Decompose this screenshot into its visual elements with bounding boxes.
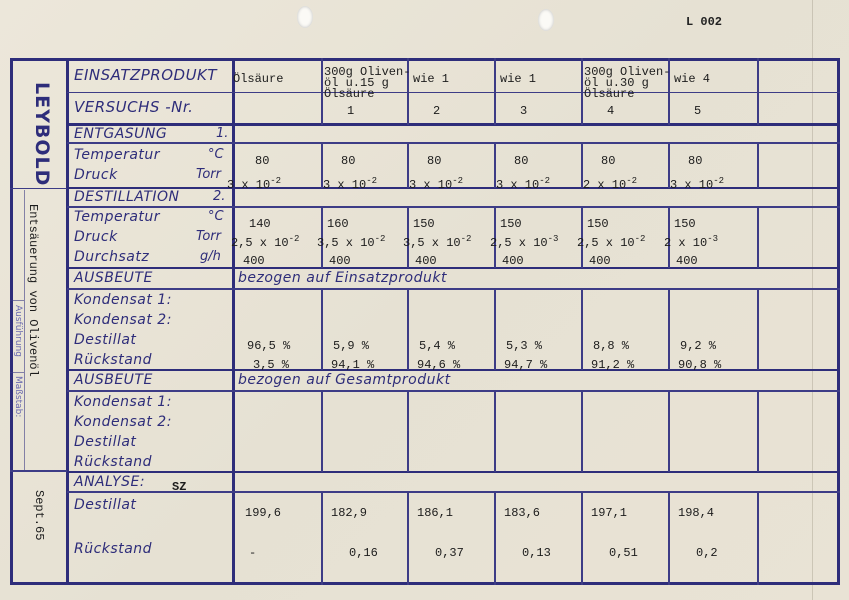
cell-sz-destillat: 182,9: [331, 508, 367, 519]
label-ausbeute: AUSBEUTE: [74, 372, 153, 388]
label-ausbeute: AUSBEUTE: [74, 270, 153, 286]
column-line: [581, 391, 583, 472]
cell-sz-rueckstand: 0,2: [696, 548, 718, 559]
column-line: [321, 289, 323, 370]
cell-durchsatz: 400: [502, 256, 524, 267]
row-line: [67, 92, 840, 93]
label-rueckstand: Rückstand: [74, 454, 152, 470]
label-destillation-num: 2.: [213, 189, 225, 204]
column-line: [757, 58, 759, 125]
label-destillat: Destillat: [74, 497, 136, 513]
divider: [24, 190, 25, 470]
note-bezogen-einsatz: bezogen auf Einsatzprodukt: [238, 270, 447, 286]
cell-einsatzprodukt: wie 4: [674, 74, 710, 85]
label-analyse: ANALYSE:: [74, 474, 145, 490]
cell-ausbeute-destillat: 5,3 %: [506, 341, 542, 352]
column-line: [757, 289, 759, 370]
label-kondensat-2: Kondensat 2:: [74, 414, 172, 430]
cell-ausbeute-rueckstand: 90,8 %: [678, 360, 721, 371]
cell-einsatzprodukt: 300g Oliven- öl u.15 g Ölsäure: [324, 67, 410, 100]
cell-destillation-druck: 3,5 x 10-2: [403, 234, 471, 249]
cell-destillation-temperatur: 160: [327, 219, 349, 230]
document-title: Entsäuerung von Olivenöl: [26, 204, 40, 377]
label-temperatur: Temperatur: [74, 147, 160, 163]
label-durchsatz: Durchsatz: [74, 249, 149, 265]
label-versuchs-nr: VERSUCHS -Nr.: [74, 98, 193, 116]
cell-sz-rueckstand: 0,51: [609, 548, 638, 559]
punch-hole: [538, 9, 554, 31]
execution-label: Ausführung: [13, 305, 23, 357]
cell-einsatzprodukt: 300g Oliven- öl u.30 g Ölsäure: [584, 67, 670, 100]
cell-sz-destillat: 186,1: [417, 508, 453, 519]
row-line: [67, 267, 840, 269]
cell-entgasung-druck: 3 x 10-2: [409, 176, 463, 191]
divider: [10, 470, 67, 472]
cell-entgasung-druck: 3 x 10-2: [323, 176, 377, 191]
cell-destillation-temperatur: 150: [587, 219, 609, 230]
cell-destillation-druck: 2,5 x 10-3: [490, 234, 558, 249]
cell-entgasung-temperatur: 80: [341, 156, 355, 167]
label-kondensat-1: Kondensat 1:: [74, 394, 172, 410]
row-line: [67, 142, 840, 144]
document-date: Sept.65: [32, 490, 46, 540]
label-destillat: Destillat: [74, 332, 136, 348]
label-kondensat-1: Kondensat 1:: [74, 292, 172, 308]
cell-einsatzprodukt: Ölsäure: [233, 74, 283, 85]
cell-ausbeute-destillat: 9,2 %: [680, 341, 716, 352]
note-bezogen-gesamt: bezogen auf Gesamtprodukt: [238, 372, 451, 388]
cell-entgasung-temperatur: 80: [427, 156, 441, 167]
cell-durchsatz: 400: [589, 256, 611, 267]
cell-durchsatz: 400: [676, 256, 698, 267]
column-line: [668, 289, 670, 370]
cell-sz-destillat: 199,6: [245, 508, 281, 519]
cell-versuchs-nr: 5: [694, 106, 701, 117]
logo-text: LEYBOLD: [31, 82, 53, 186]
cell-entgasung-druck: 2 x 10-2: [583, 176, 637, 191]
cell-sz-destillat: 183,6: [504, 508, 540, 519]
cell-einsatzprodukt: wie 1: [500, 74, 536, 85]
cell-versuchs-nr: 3: [520, 106, 527, 117]
column-line: [581, 289, 583, 370]
column-line: [757, 143, 759, 188]
leybold-logo: LEYBOLD: [19, 68, 55, 192]
cell-entgasung-temperatur: 80: [688, 156, 702, 167]
cell-sz-rueckstand: 0,37: [435, 548, 464, 559]
document-id: L 002: [686, 15, 722, 29]
cell-entgasung-temperatur: 80: [255, 156, 269, 167]
cell-ausbeute-rueckstand: 94,1 %: [331, 360, 374, 371]
label-kondensat-2: Kondensat 2:: [74, 312, 172, 328]
label-rueckstand: Rückstand: [74, 352, 152, 368]
cell-ausbeute-destillat: 5,4 %: [419, 341, 455, 352]
punch-hole: [297, 6, 313, 28]
cell-destillation-temperatur: 150: [674, 219, 696, 230]
cell-sz-rueckstand: 0,13: [522, 548, 551, 559]
cell-entgasung-druck: 3 x 10-2: [227, 176, 281, 191]
label-temperatur: Temperatur: [74, 209, 160, 225]
scale-label: Maßstab:: [13, 376, 23, 417]
cell-sz-destillat: 197,1: [591, 508, 627, 519]
column-line: [494, 58, 496, 125]
cell-sz-rueckstand: -: [249, 548, 256, 559]
row-line: [67, 123, 840, 126]
label-destillation: DESTILLATION: [74, 189, 180, 205]
cell-destillation-temperatur: 140: [249, 219, 271, 230]
cell-entgasung-temperatur: 80: [514, 156, 528, 167]
cell-sz-rueckstand: 0,16: [349, 548, 378, 559]
cell-durchsatz: 400: [243, 256, 265, 267]
row-line: [67, 471, 840, 473]
cell-destillation-temperatur: 150: [500, 219, 522, 230]
unit-torr: Torr: [196, 229, 221, 244]
cell-destillation-druck: 2 x 10-3: [664, 234, 718, 249]
cell-ausbeute-destillat: 8,8 %: [593, 341, 629, 352]
cell-durchsatz: 400: [329, 256, 351, 267]
cell-versuchs-nr: 2: [433, 106, 440, 117]
column-line: [581, 492, 583, 585]
cell-destillation-druck: 3,5 x 10-2: [317, 234, 385, 249]
column-line: [407, 492, 409, 585]
unit-celsius: °C: [208, 209, 224, 224]
document-page: L 002 LEYBOLD Entsäuerung von Olivenöl A…: [0, 0, 849, 600]
cell-versuchs-nr: 1: [347, 106, 354, 117]
column-line: [407, 289, 409, 370]
row-line: [67, 390, 840, 392]
unit-gh: g/h: [200, 249, 221, 264]
column-line: [321, 391, 323, 472]
divider: [10, 372, 24, 373]
column-line: [757, 492, 759, 585]
label-analyse-sz: SZ: [172, 482, 186, 493]
cell-versuchs-nr: 4: [607, 106, 614, 117]
column-line: [494, 391, 496, 472]
label-entgasung: ENTGASUNG: [74, 126, 167, 142]
label-rueckstand: Rückstand: [74, 541, 152, 557]
row-line: [67, 288, 840, 290]
column-line: [757, 391, 759, 472]
cell-sz-destillat: 198,4: [678, 508, 714, 519]
column-line: [757, 207, 759, 268]
label-druck: Druck: [74, 167, 118, 183]
column-line: [668, 391, 670, 472]
column-line: [581, 58, 583, 125]
divider: [66, 58, 69, 585]
label-druck: Druck: [74, 229, 118, 245]
cell-ausbeute-rueckstand: 3,5 %: [253, 360, 289, 371]
column-line: [494, 289, 496, 370]
column-line: [668, 492, 670, 585]
label-destillat: Destillat: [74, 434, 136, 450]
divider: [232, 58, 235, 585]
label-entgasung-num: 1.: [216, 126, 228, 141]
cell-destillation-temperatur: 150: [413, 219, 435, 230]
cell-destillation-druck: 2,5 x 10-2: [231, 234, 299, 249]
divider: [10, 300, 24, 301]
label-einsatzprodukt: EINSATZPRODUKT: [74, 66, 217, 84]
cell-ausbeute-rueckstand: 91,2 %: [591, 360, 634, 371]
unit-torr: Torr: [196, 167, 221, 182]
cell-ausbeute-rueckstand: 94,6 %: [417, 360, 460, 371]
column-line: [494, 492, 496, 585]
cell-entgasung-druck: 3 x 10-2: [496, 176, 550, 191]
column-line: [407, 391, 409, 472]
column-line: [321, 492, 323, 585]
cell-ausbeute-destillat: 96,5 %: [247, 341, 290, 352]
cell-entgasung-druck: 3 x 10-2: [670, 176, 724, 191]
cell-ausbeute-rueckstand: 94,7 %: [504, 360, 547, 371]
cell-ausbeute-destillat: 5,9 %: [333, 341, 369, 352]
unit-celsius: °C: [208, 147, 224, 162]
row-line: [67, 206, 840, 208]
cell-destillation-druck: 2,5 x 10-2: [577, 234, 645, 249]
column-line: [321, 58, 323, 125]
cell-entgasung-temperatur: 80: [601, 156, 615, 167]
cell-einsatzprodukt: wie 1: [413, 74, 449, 85]
cell-durchsatz: 400: [415, 256, 437, 267]
